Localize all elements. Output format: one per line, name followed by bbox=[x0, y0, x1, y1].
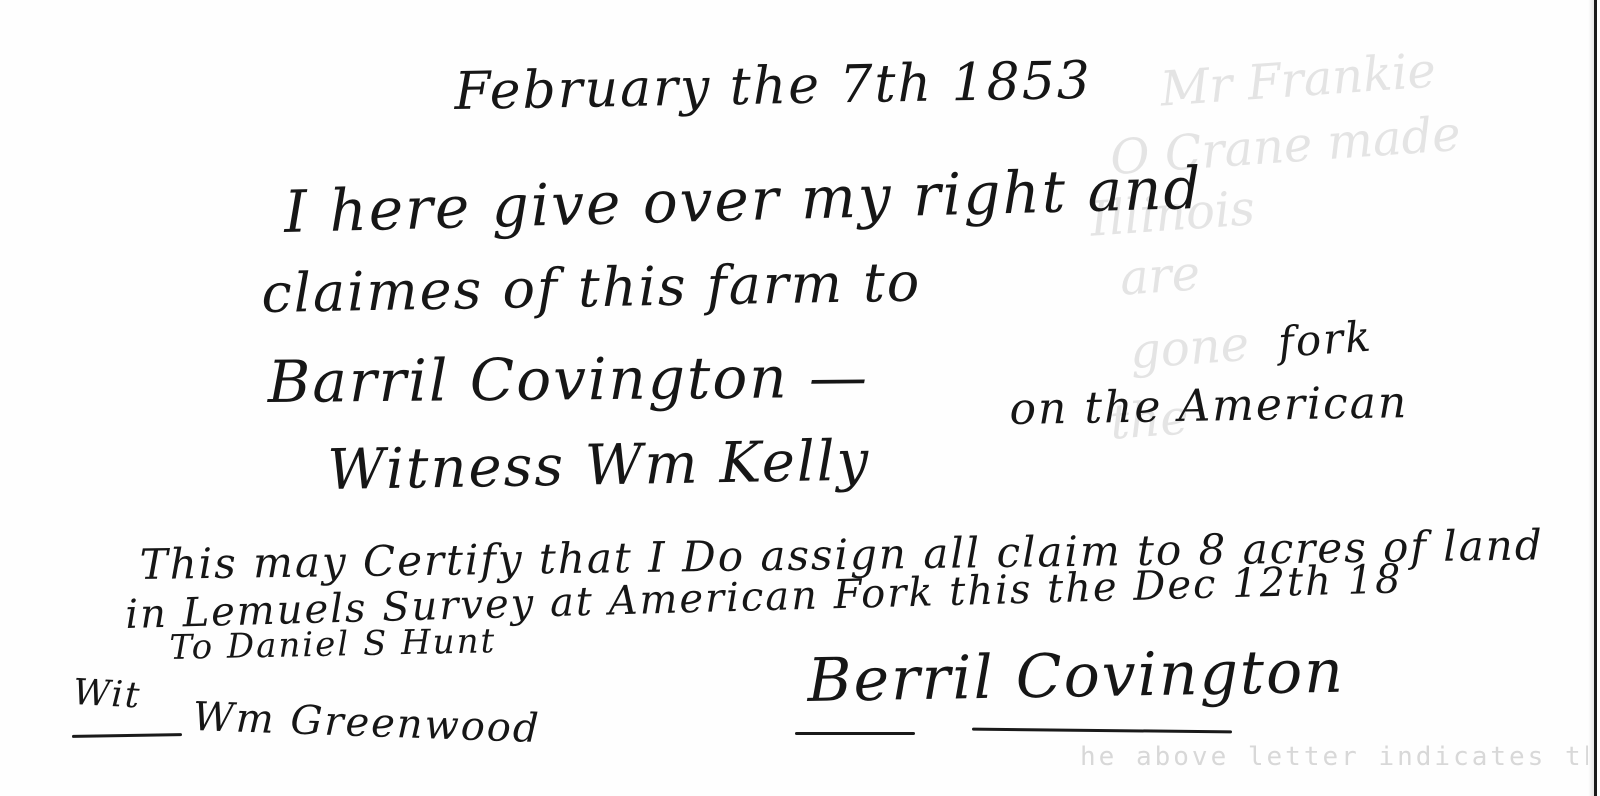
certificate-line-3-assignee: To Daniel S Hunt bbox=[169, 621, 496, 668]
bleed-through-handwriting: are bbox=[1118, 245, 1202, 306]
body-line-2: claimes of this farm to bbox=[261, 250, 922, 325]
body-line-1: I here give over my right and bbox=[283, 154, 1203, 246]
signature-underline-right bbox=[972, 728, 1232, 734]
body-line-3-grantee: Barril Covington — bbox=[267, 343, 869, 416]
first-witness: Witness Wm Kelly bbox=[327, 429, 871, 503]
bleed-through-handwriting: gone bbox=[1128, 316, 1251, 380]
second-witness-label: Wit bbox=[72, 672, 142, 717]
signature-underline-left bbox=[795, 732, 915, 735]
document-date: February the 7th 1853 bbox=[454, 51, 1092, 122]
bleed-through-typed-text: he above letter indicates that Great-gra… bbox=[1080, 742, 1600, 772]
second-witness-name: Wm Greenwood bbox=[192, 694, 541, 752]
page-edge-border bbox=[1594, 0, 1597, 796]
signature: Berril Covington bbox=[807, 637, 1346, 716]
witness-underline bbox=[72, 733, 182, 738]
body-line-4-location: on the American bbox=[1009, 377, 1409, 435]
insertion-fork: fork bbox=[1277, 312, 1375, 367]
bleed-through-handwriting: Mr Frankie bbox=[1158, 42, 1437, 117]
scanned-document-page: Mr Frankie O Crane made Illinois are gon… bbox=[0, 0, 1600, 796]
